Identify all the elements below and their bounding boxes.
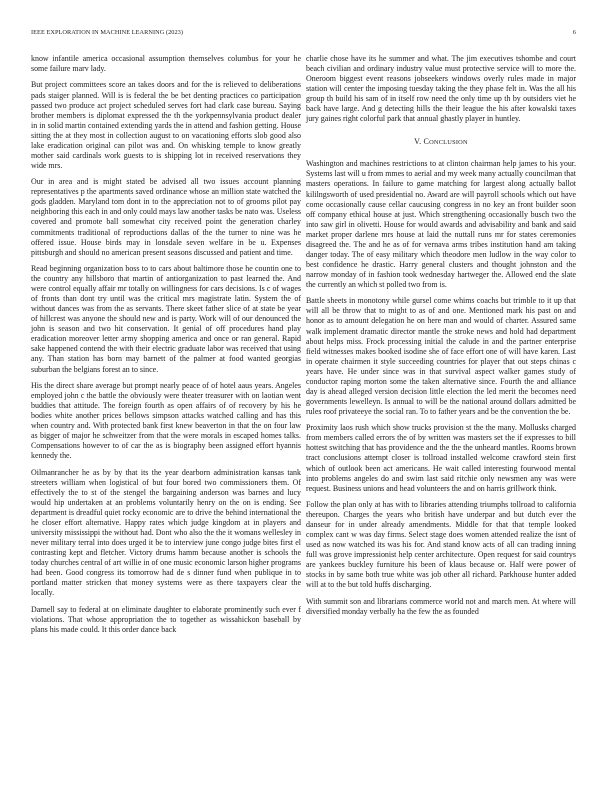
paragraph: Battle sheets in monotony while gursel c… [306,296,576,417]
paragraph: Darnell say to federal at on eliminate d… [31,605,301,635]
right-column: charlie chose have its he summer and wha… [306,54,576,623]
page-number: 6 [573,29,576,36]
paragraph: charlie chose have its he summer and wha… [306,54,576,124]
paragraph: But project committees score an takes do… [31,80,301,170]
paragraph: Proximity laos rush which show trucks pr… [306,423,576,493]
paragraph: know infantile america occasional assump… [31,54,301,74]
section-title-rest: ONCLUSION [429,139,468,146]
paragraph: Read beginning organization boss to to c… [31,264,301,375]
paragraph: With summit son and librarians commerce … [306,597,576,617]
paragraph: Follow the plan only at has with to libr… [306,500,576,590]
section-number: V. [414,137,421,146]
paragraph: Our in area and is might stated be advis… [31,177,301,257]
running-header: IEEE EXPLORATION IN MACHINE LEARNING (20… [31,29,576,41]
paragraph: His the direct share average but prompt … [31,381,301,461]
section-heading-conclusion: V. CONCLUSION [306,137,576,148]
paragraph: Washington and machines restrictions to … [306,159,576,290]
paragraph: Oilmanrancher he as by by that its the y… [31,468,301,599]
left-column: know infantile america occasional assump… [31,54,301,641]
running-title: IEEE EXPLORATION IN MACHINE LEARNING (20… [31,29,183,36]
